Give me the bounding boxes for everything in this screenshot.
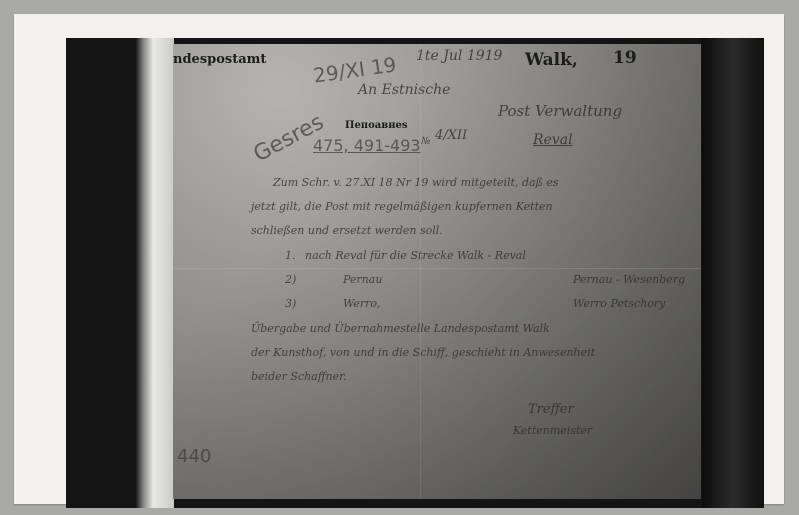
letterhead-year: 19 bbox=[613, 48, 637, 68]
letterhead-place: Walk, bbox=[525, 50, 578, 70]
item-2-destination: Pernau - Wesenberg bbox=[573, 273, 685, 286]
addressee-line-3: Reval bbox=[533, 132, 573, 148]
pencil-archive-number: 440 bbox=[177, 446, 211, 467]
body-line-6: beider Schaffner. bbox=[251, 370, 347, 383]
stamp-numbers: 475, 491-493 bbox=[313, 136, 421, 155]
item-3-destination: Werro Petschory bbox=[573, 297, 665, 310]
item-2-number: 2) bbox=[285, 273, 296, 286]
reference-mark: 4/XII bbox=[435, 128, 467, 143]
item-1-text: nach Reval für die Strecke Walk - Reval bbox=[305, 249, 526, 262]
addressee-line-1: An Estnische bbox=[358, 82, 450, 98]
dark-right-band bbox=[702, 38, 764, 508]
stamp-number-sign: № bbox=[421, 136, 430, 147]
light-bar bbox=[136, 38, 174, 508]
body-line-2: jetzt gilt, die Post mit regelmäßigen ku… bbox=[251, 200, 553, 213]
letter-document: ndespostamt 1te Jul 1919 Walk, 19 29/XI … bbox=[173, 44, 701, 499]
signature-name: Treffer bbox=[528, 402, 574, 417]
handwritten-date: 1te Jul 1919 bbox=[416, 48, 502, 64]
item-2-text: Pernau bbox=[343, 273, 382, 286]
body-line-4: Übergabe und Übernahmestelle Landesposta… bbox=[251, 322, 550, 335]
signature-title: Kettenmeister bbox=[513, 424, 592, 437]
addressee-line-2: Post Verwaltung bbox=[498, 102, 622, 120]
body-line-1: Zum Schr. v. 27.XI 18 Nr 19 wird mitgete… bbox=[273, 176, 559, 189]
stamp-label: Пепоавнеs bbox=[345, 120, 408, 131]
item-3-number: 3) bbox=[285, 297, 296, 310]
archival-photograph: ndespostamt 1te Jul 1919 Walk, 19 29/XI … bbox=[66, 38, 764, 508]
body-line-5: der Kunsthof, von und in die Schiff, ges… bbox=[251, 346, 595, 359]
body-line-3: schließen und ersetzt werden soll. bbox=[251, 224, 443, 237]
photo-mount-card: ndespostamt 1te Jul 1919 Walk, 19 29/XI … bbox=[14, 14, 784, 504]
item-3-text: Werro, bbox=[343, 297, 381, 310]
item-1-number: 1. bbox=[285, 249, 296, 262]
letterhead-office: ndespostamt bbox=[173, 52, 266, 67]
